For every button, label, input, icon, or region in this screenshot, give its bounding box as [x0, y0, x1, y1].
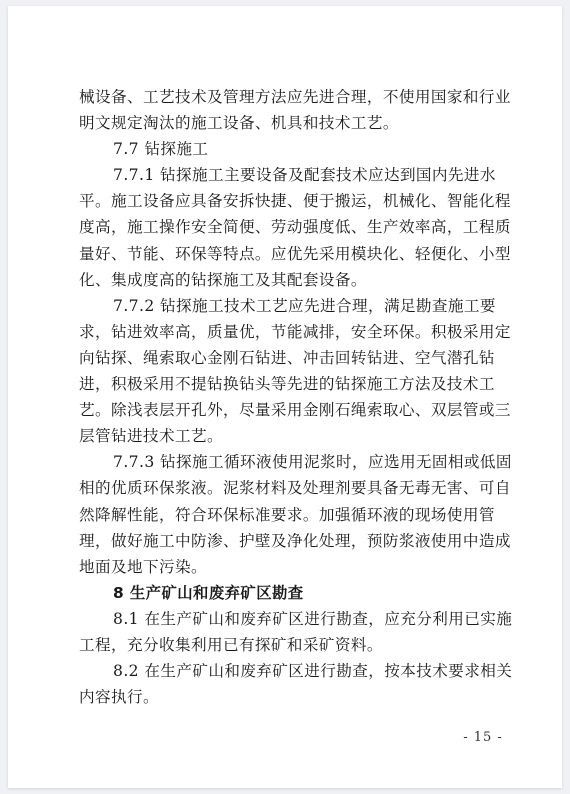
text-line: 械设备、工艺技术及管理方法应先进合理，不使用国家和行业: [79, 84, 494, 110]
text-line: 度高，施工操作安全简便、劳动强度低、生产效率高，工程质: [79, 214, 494, 240]
text-line: 化、集成度高的钻探施工及其配套设备。: [79, 267, 494, 293]
text-line: 理，做好施工中防渗、护壁及净化处理，预防浆液使用中造成: [79, 528, 494, 554]
text-line: 求，钻进效率高，质量优，节能减排，安全环保。积极采用定: [79, 319, 494, 345]
text-line: 艺。除浅表层开孔外，尽量采用金刚石绳索取心、双层管或三: [79, 397, 494, 423]
section-heading-7-7: 7.7 钻探施工: [79, 136, 494, 162]
text-line: 相的优质环保浆液。泥浆材料及处理剂要具备无毒无害、可自: [79, 475, 494, 501]
text-line: 7.7.2 钻探施工技术工艺应先进合理，满足勘查施工要: [79, 293, 494, 319]
text-line: 7.7.3 钻探施工循环液使用泥浆时，应选用无固相或低固: [79, 449, 494, 475]
text-line: 明文规定淘汰的施工设备、机具和技术工艺。: [79, 110, 494, 136]
text-line: 层管钻进技术工艺。: [79, 423, 494, 449]
page-content: 械设备、工艺技术及管理方法应先进合理，不使用国家和行业 明文规定淘汰的施工设备、…: [79, 84, 494, 710]
text-line: 地面及地下污染。: [79, 554, 494, 580]
text-line: 8.2 在生产矿山和废弃矿区进行勘查，按本技术要求相关: [79, 658, 494, 684]
text-line: 然降解性能，符合环保标准要求。加强循环液的现场使用管: [79, 502, 494, 528]
page-number: - 15 -: [448, 730, 518, 745]
text-line: 工程，充分收集利用已有探矿和采矿资料。: [79, 632, 494, 658]
text-line: 向钻探、绳索取心金刚石钻进、冲击回转钻进、空气潜孔钻: [79, 345, 494, 371]
section-heading-8: 8 生产矿山和废弃矿区勘查: [79, 580, 494, 606]
text-line: 平。施工设备应具备安拆快捷、便于搬运，机械化、智能化程: [79, 188, 494, 214]
text-line: 8.1 在生产矿山和废弃矿区进行勘查，应充分利用已实施: [79, 606, 494, 632]
text-line: 进，积极采用不提钻换钻头等先进的钻探施工方法及技术工: [79, 371, 494, 397]
text-line: 7.7.1 钻探施工主要设备及配套技术应达到国内先进水: [79, 162, 494, 188]
document-page: 械设备、工艺技术及管理方法应先进合理，不使用国家和行业 明文规定淘汰的施工设备、…: [8, 6, 562, 788]
text-line: 量好、节能、环保等特点。应优先采用模块化、轻便化、小型: [79, 241, 494, 267]
text-line: 内容执行。: [79, 684, 494, 710]
